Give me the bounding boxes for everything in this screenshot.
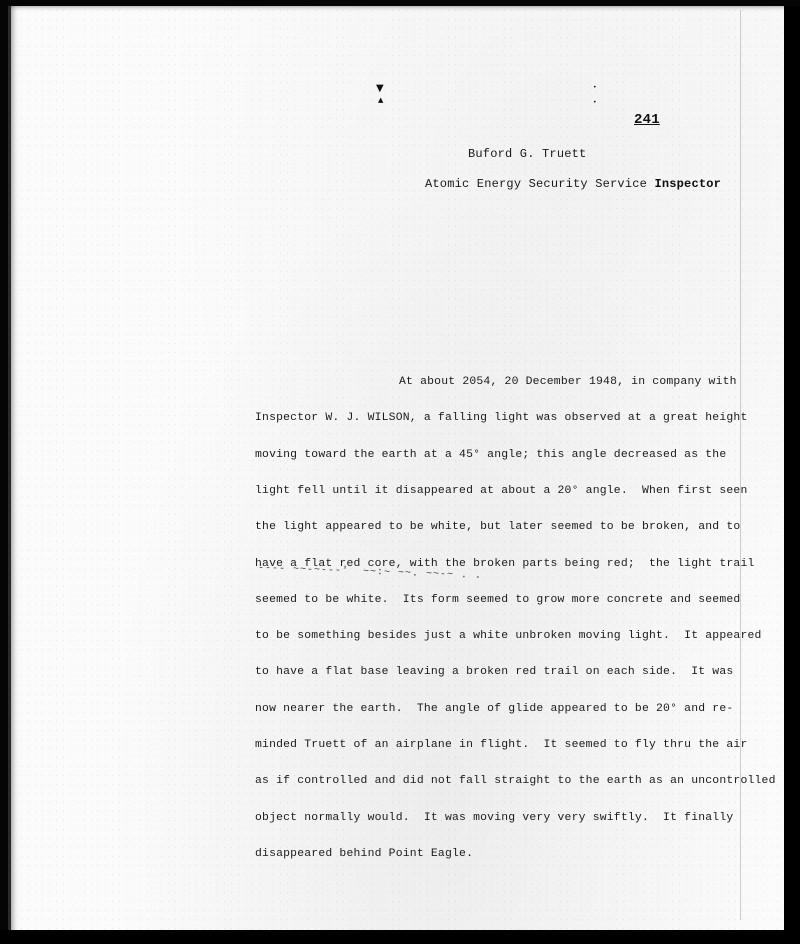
scan-frame: ▼ ▲ • • 241 Buford G. Truett Atomic Ener… <box>0 0 800 944</box>
statement-line: as if controlled and did not fall straig… <box>255 775 776 787</box>
punch-dot-icon: • <box>593 85 597 91</box>
witness-title-text: Atomic Energy Security Service <box>425 177 654 191</box>
punch-dot-icon: • <box>593 100 597 106</box>
witness-name: Buford G. Truett <box>468 147 586 161</box>
statement-body: At about 2054, 20 December 1948, in comp… <box>255 352 776 884</box>
scan-border-right <box>784 6 800 944</box>
triangle-down-mark-icon: ▼ <box>376 84 384 94</box>
witness-title: Atomic Energy Security Service Inspector <box>425 177 721 191</box>
statement-line: seemed to be white. Its form seemed to g… <box>255 594 776 606</box>
statement-line: to be something besides just a white unb… <box>255 630 776 642</box>
statement-line: Inspector W. J. WILSON, a falling light … <box>255 412 776 424</box>
witness-title-rank: Inspector <box>654 177 721 191</box>
statement-line: moving toward the earth at a 45° angle; … <box>255 449 776 461</box>
scan-border-bottom <box>0 930 800 944</box>
statement-line: light fell until it disappeared at about… <box>255 485 776 497</box>
statement-line: to have a flat base leaving a broken red… <box>255 666 776 678</box>
page-number: 241 <box>634 112 660 128</box>
statement-line: minded Truett of an airplane in flight. … <box>255 739 776 751</box>
triangle-up-mark-icon: ▲ <box>378 97 383 104</box>
statement-line: object normally would. It was moving ver… <box>255 812 776 824</box>
statement-line: now nearer the earth. The angle of glide… <box>255 703 776 715</box>
statement-line: At about 2054, 20 December 1948, in comp… <box>255 376 776 388</box>
statement-line: the light appeared to be white, but late… <box>255 521 776 533</box>
statement-line: disappeared behind Point Eagle. <box>255 848 776 860</box>
